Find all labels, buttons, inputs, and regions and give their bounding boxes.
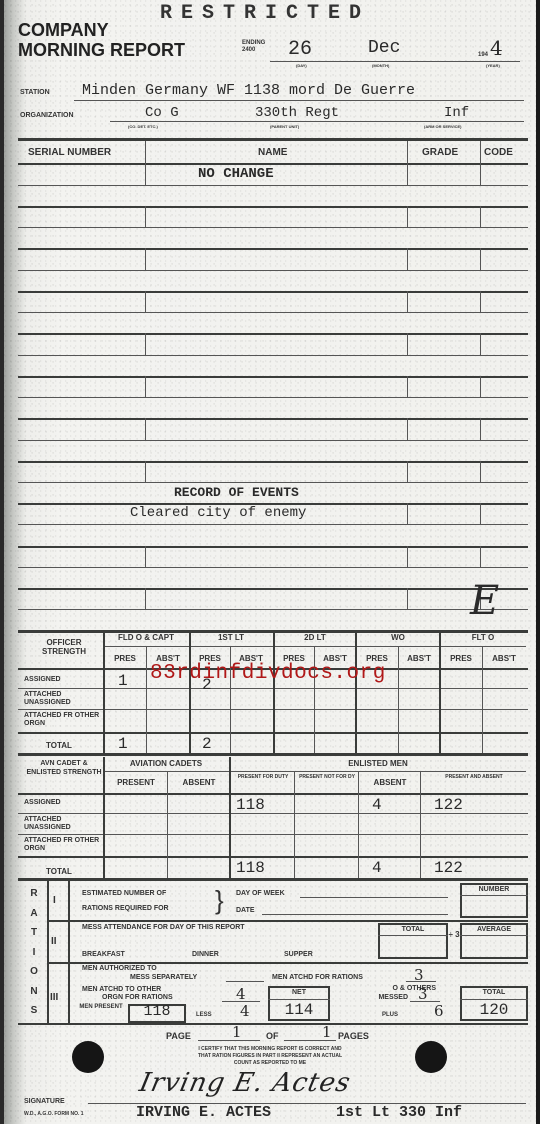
enlisted-total-absent: 4	[372, 859, 382, 877]
page-label: PAGE	[166, 1031, 191, 1041]
grid-top-rule	[18, 138, 528, 141]
subcol-present-for-duty: PRESENT FOR DUTY	[234, 774, 292, 781]
form-number-label: W.D., A.G.O. FORM NO. 1	[24, 1111, 134, 1117]
form-title-line1: COMPANY	[18, 20, 185, 40]
subcol-abst: ABS'T	[482, 654, 526, 663]
rations-side-label: R A T I O N S	[24, 884, 44, 1021]
section-i-text1: ESTIMATED NUMBER OF	[82, 890, 166, 897]
subcol-pres: PRES	[440, 654, 482, 663]
col-serial-number: SERIAL NUMBER	[28, 147, 111, 158]
organization-label: ORGANIZATION	[20, 112, 74, 119]
subcol-enlisted-absent: ABSENT	[360, 778, 420, 787]
morning-report-document: RESTRICTED COMPANY MORNING REPORT ENDING…	[0, 0, 540, 1124]
station-rule	[74, 100, 524, 101]
row-label-assigned: ASSIGNED	[24, 676, 61, 683]
number-label: NUMBER	[460, 886, 528, 893]
ration-total-label: TOTAL	[460, 989, 528, 996]
enlisted-assigned-present-and-absent: 122	[434, 796, 463, 814]
row-label-assigned: ASSIGNED	[24, 799, 61, 806]
breakfast-label: BREAKFAST	[82, 951, 125, 958]
pages-label: PAGES	[338, 1031, 369, 1041]
organization-parent-unit: 330th Regt	[255, 105, 339, 121]
enlisted-assigned-present-for-duty: 118	[236, 796, 265, 814]
arm-caption: (ARM OR SERVICE)	[424, 124, 461, 129]
company-caption: (CO. DET. ETC.)	[128, 124, 158, 129]
men-present-label: MEN PRESENT	[76, 1004, 126, 1011]
row-label-total: TOTAL	[46, 867, 72, 876]
officer-group-2d-lt: 2D LT	[274, 633, 356, 642]
punch-hole-right	[415, 1041, 447, 1073]
men-present-value: 118	[128, 1003, 186, 1020]
officer-group-flt-o: FLT O	[440, 633, 526, 642]
group-enlisted-men: ENLISTED MEN	[230, 759, 526, 768]
report-year: 4	[490, 36, 503, 60]
other-orgn-label-1: MEN ATCHD TO OTHER	[82, 986, 161, 993]
organization-company: Co G	[145, 105, 179, 121]
subcol-abst: ABS'T	[398, 654, 440, 663]
form-title-line2: MORNING REPORT	[18, 40, 185, 60]
section-ii-numeral: II	[51, 936, 57, 947]
scan-edge-right	[536, 0, 540, 1124]
punch-hole-left	[72, 1041, 104, 1073]
signer-rank: 1st Lt 330 Inf	[336, 1104, 462, 1121]
organization-arm: Inf	[444, 105, 469, 121]
subcol-present-and-absent: PRESENT AND ABSENT	[422, 774, 526, 781]
year-caption: (YEAR)	[486, 63, 500, 68]
atchd-for-rations-label: MEN ATCHD FOR RATIONS	[272, 974, 363, 981]
officers-messed-label-2: MESSED	[376, 994, 408, 1001]
average-label: AVERAGE	[460, 926, 528, 933]
watermark-text: 83rdinfdivdocs.org	[150, 662, 386, 685]
other-orgn-label-2: ORGN FOR RATIONS	[102, 994, 173, 1001]
section-divider	[18, 878, 528, 881]
day-of-week-label: DAY OF WEEK	[236, 890, 285, 897]
mess-total-label: TOTAL	[378, 926, 448, 933]
year-prefix: 194	[478, 52, 488, 58]
day-caption: (DAY)	[296, 63, 307, 68]
date-rule	[270, 61, 520, 62]
scan-edge-left	[0, 0, 4, 1124]
mess-attendance-title: MESS ATTENDANCE FOR DAY OF THIS REPORT	[82, 924, 245, 931]
enlisted-strength-title: AVN CADET & ENLISTED STRENGTH	[26, 759, 102, 777]
subcol-pres: PRES	[104, 654, 146, 663]
other-orgn-value: 4	[236, 985, 246, 1003]
officer-group-wo: WO	[356, 633, 440, 642]
divide-by-three: ÷ 3	[448, 930, 460, 939]
supper-label: SUPPER	[284, 951, 313, 958]
less-label: LESS	[196, 1012, 212, 1018]
handwritten-initials: E	[470, 578, 499, 624]
record-of-events-title: RECORD OF EVENTS	[174, 485, 299, 500]
subcol-cadets-absent: ABSENT	[168, 778, 230, 787]
row-label-attached-unassigned: ATTACHED UNASSIGNED	[24, 816, 102, 832]
signature-label: SIGNATURE	[24, 1098, 65, 1105]
plus-label: PLUS	[382, 1012, 398, 1018]
form-title: COMPANY MORNING REPORT	[18, 20, 185, 60]
enlisted-total-present-and-absent: 122	[434, 859, 463, 877]
officer-group-1st-lt: 1ST LT	[190, 633, 272, 642]
row-label-total: TOTAL	[46, 741, 72, 750]
section-divider	[18, 753, 528, 756]
report-month: Dec	[368, 38, 400, 58]
record-of-events-text: Cleared city of enemy	[130, 505, 306, 521]
net-value: 114	[268, 1001, 330, 1019]
page-count: 1	[322, 1023, 332, 1041]
organization-rule	[110, 121, 524, 122]
officer-total-1stlt-pres: 2	[202, 735, 212, 753]
col-name: NAME	[258, 147, 287, 158]
station-value: Minden Germany WF 1138 mord De Guerre	[82, 82, 415, 99]
enlisted-total-present-for-duty: 118	[236, 859, 265, 877]
handwritten-signature: Irving E. Actes	[137, 1068, 354, 1098]
officers-messed-value: 3	[418, 985, 428, 1003]
station-label: STATION	[20, 89, 50, 96]
col-code: CODE	[484, 147, 513, 158]
enlisted-assigned-absent: 4	[372, 796, 382, 814]
section-i-text2: RATIONS REQUIRED FOR	[82, 905, 169, 912]
signer-name: IRVING E. ACTES	[136, 1104, 271, 1121]
personnel-entry: NO CHANGE	[198, 166, 274, 182]
brace-icon: }	[215, 886, 224, 914]
month-caption: (MONTH)	[372, 63, 389, 68]
row-label-attached-unassigned: ATTACHED UNASSIGNED	[24, 691, 102, 707]
net-label: NET	[268, 989, 330, 996]
ration-total-value: 120	[460, 1001, 528, 1019]
subcol-cadets-present: PRESENT	[104, 778, 168, 787]
certification-text: I CERTIFY THAT THIS MORNING REPORT IS CO…	[140, 1046, 400, 1067]
of-label: OF	[266, 1031, 279, 1041]
classification-stamp: RESTRICTED	[160, 2, 370, 25]
row-label-attached-fr-other-orgn: ATTACHED FR OTHER ORGN	[24, 712, 102, 728]
authorized-label-1: MEN AUTHORIZED TO	[82, 965, 157, 972]
section-iii-numeral: III	[50, 992, 58, 1003]
col-grade: GRADE	[422, 147, 458, 158]
ending-label: ENDING 2400	[242, 40, 266, 54]
less-value: 4	[240, 1002, 250, 1020]
group-aviation-cadets: AVIATION CADETS	[104, 759, 228, 768]
section-i-numeral: I	[53, 895, 56, 906]
report-day: 26	[288, 38, 312, 61]
subcol-present-not-for-duty: PRESENT NOT FOR DY	[296, 774, 358, 781]
row-label-attached-fr-other-orgn: ATTACHED FR OTHER ORGN	[24, 837, 102, 853]
authorized-label-2: MESS SEPARATELY	[130, 974, 197, 981]
officer-group-fld-capt: FLD O & CAPT	[104, 633, 188, 642]
officer-strength-title: OFFICER STRENGTH	[26, 638, 102, 656]
dinner-label: DINNER	[192, 951, 219, 958]
plus-value: 6	[434, 1002, 444, 1020]
atchd-for-rations-value: 3	[414, 966, 424, 984]
parent-unit-caption: (PARENT UNIT)	[270, 124, 299, 129]
officer-total-fld-pres: 1	[118, 735, 128, 753]
page-number: 1	[232, 1023, 242, 1041]
officer-assigned-fld-pres: 1	[118, 672, 128, 690]
date-label: DATE	[236, 907, 255, 914]
